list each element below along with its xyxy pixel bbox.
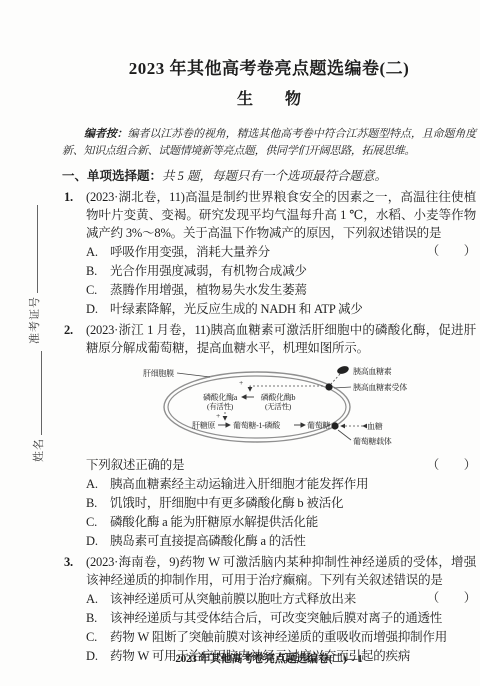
option-letter: C. <box>86 513 110 531</box>
receptor-dot <box>325 383 332 390</box>
glucagon-mechanism-diagram: 肝细胞膜 胰高血糖素 胰高血糖素受体 + 磷酸化酶a (有活性) <box>138 360 468 454</box>
option-letter: B. <box>86 494 110 512</box>
question-2-option-a: A.胰高血糖素经主动运输进入肝细胞才能发挥作用 <box>86 475 476 493</box>
enzyme-b-label: 磷酸化酶b <box>261 392 296 402</box>
option-letter: A. <box>86 475 110 493</box>
option-text: 药物 W 阻断了突触前膜对该神经递质的重吸收而增强抑制作用 <box>110 630 447 644</box>
glucose-carrier-dot <box>331 422 338 429</box>
editor-note: 编者按：编者以江苏卷的视角，精选其他高考卷中符合江苏题型特点，且命题角度新、知识… <box>62 126 476 159</box>
option-text: 饥饿时，肝细胞中有更多磷酸化酶 b 被活化 <box>110 496 343 510</box>
question-1-answer-bracket: （ ） <box>427 242 476 260</box>
glucose-label: 葡萄糖 <box>307 420 330 430</box>
option-letter: A. <box>86 590 110 608</box>
question-2-number: 2. <box>64 321 73 339</box>
question-3-option-b: B.该神经递质与其受体结合后，可改变突触后膜对离子的通透性 <box>86 609 476 627</box>
enzyme-b-state: (无活性) <box>265 401 292 411</box>
section-instruction: 共 5 题，每题只有一个选项最符合题意。 <box>162 169 387 183</box>
question-2-answer-bracket: （ ） <box>427 456 476 474</box>
carrier-leader-line <box>338 430 351 440</box>
option-letter: D. <box>86 532 110 550</box>
exam-page: 准考证号 姓名 2023 年其他高考卷亮点题选编卷(二) 生 物 编者按：编者以… <box>0 0 480 686</box>
receptor-leader-line <box>334 387 351 388</box>
signal-path-arrow <box>250 386 323 391</box>
option-letter: B. <box>86 609 110 627</box>
page-content: 2023 年其他高考卷亮点题选编卷(二) 生 物 编者按：编者以江苏卷的视角，精… <box>62 0 476 665</box>
diagram-canvas: 肝细胞膜 胰高血糖素 胰高血糖素受体 + 磷酸化酶a (有活性) <box>138 360 468 454</box>
question-2-stem: (2023·浙江 1 月卷，11)胰高血糖素可激活肝细胞中的磷酸化酶，促进肝糖原… <box>86 321 476 357</box>
enzyme-a-label: 磷酸化酶a <box>203 392 238 402</box>
glycogen-label: 肝糖原 <box>192 420 215 430</box>
question-2-option-b: B.饥饿时，肝细胞中有更多磷酸化酶 b 被活化 <box>86 494 476 512</box>
option-text: 光合作用强度减弱，有机物合成减少 <box>110 264 307 278</box>
question-2-option-c: C.磷酸化酶 a 能为肝糖原水解提供活化能 <box>86 513 476 531</box>
question-3-number: 3. <box>64 553 73 571</box>
question-2-stem2-text: 下列叙述正确的是 <box>86 458 184 472</box>
option-text: 胰岛素可直接提高磷酸化酶 a 的活性 <box>110 534 306 548</box>
plus-sign-2: + <box>216 411 220 420</box>
question-1-number: 1. <box>64 188 73 206</box>
option-text: 磷酸化酶 a 能为肝糖原水解提供活化能 <box>110 515 318 529</box>
question-3-stem: (2023·海南卷，9)药物 W 可激活脑内某种抑制性神经递质的受体，增强该神经… <box>86 553 476 589</box>
page-footer: 2023 年其他高考卷亮点题选编卷(二)—1 <box>62 650 476 666</box>
option-letter: C. <box>86 281 110 299</box>
name-label: 姓名 <box>33 438 45 462</box>
section-title: 一、单项选择题： <box>62 169 162 183</box>
question-1-stem-text: (2023·湖北卷，11)高温是制约世界粮食安全的因素之一，高温往往使植物叶片变… <box>86 190 476 240</box>
question-1-option-c: C.蒸腾作用增强，植物易失水发生萎蔫 <box>86 281 476 299</box>
editor-note-label: 编者按： <box>84 128 128 140</box>
question-2-stem-2: 下列叙述正确的是 （ ） <box>86 456 476 474</box>
option-text: 该神经递质与其受体结合后，可改变突触后膜对离子的通透性 <box>110 611 442 625</box>
question-1-option-b: B.光合作用强度减弱，有机物合成减少 <box>86 262 476 280</box>
section-heading: 一、单项选择题：共 5 题，每题只有一个选项最符合题意。 <box>62 167 476 185</box>
question-2-stem-text: (2023·浙江 1 月卷，11)胰高血糖素可激活肝细胞中的磷酸化酶，促进肝糖原… <box>86 323 476 355</box>
membrane-leader-line <box>177 373 210 377</box>
plus-sign-1: + <box>239 378 243 387</box>
question-2-option-d: D.胰岛素可直接提高磷酸化酶 a 的活性 <box>86 532 476 550</box>
question-3: 3. (2023·海南卷，9)药物 W 可激活脑内某种抑制性神经递质的受体，增强… <box>62 553 476 665</box>
question-1: 1. (2023·湖北卷，11)高温是制约世界粮食安全的因素之一，高温往往使植物… <box>62 188 476 318</box>
question-1-option-d: D.叶绿素降解，光反应生成的 NADH 和 ATP 减少 <box>86 300 476 318</box>
option-letter: D. <box>86 300 110 318</box>
cell-membrane-outer <box>164 372 350 442</box>
question-1-stem: (2023·湖北卷，11)高温是制约世界粮食安全的因素之一，高温往往使植物叶片变… <box>86 188 476 242</box>
seal-field-name: 姓名 <box>30 351 46 462</box>
enzyme-a-state: (有活性) <box>207 401 234 411</box>
question-3-stem-text: (2023·海南卷，9)药物 W 可激活脑内某种抑制性神经递质的受体，增强该神经… <box>86 555 476 587</box>
option-text: 呼吸作用变强，消耗大量养分 <box>110 245 270 259</box>
option-text: 蒸腾作用增强，植物易失水发生萎蔫 <box>110 283 307 297</box>
question-2: 2. (2023·浙江 1 月卷，11)胰高血糖素可激活肝细胞中的磷酸化酶，促进… <box>62 321 476 550</box>
option-letter: B. <box>86 262 110 280</box>
question-3-option-a: A.该神经递质可从突触前膜以胞吐方式释放出来 <box>86 590 476 608</box>
question-3-option-c: C.药物 W 阻断了突触前膜对该神经递质的重吸收而增强抑制作用 <box>86 628 476 646</box>
glucagon-icon <box>336 365 350 376</box>
option-text: 叶绿素降解，光反应生成的 NADH 和 ATP 减少 <box>110 302 363 316</box>
name-blank <box>31 351 42 435</box>
g1p-label: 葡萄糖-1-磷酸 <box>233 420 281 430</box>
option-letter: A. <box>86 243 110 261</box>
option-text: 胰高血糖素经主动运输进入肝细胞才能发挥作用 <box>110 477 368 491</box>
option-text: 该神经递质可从突触前膜以胞吐方式释放出来 <box>110 592 356 606</box>
question-1-option-a: A.呼吸作用变强，消耗大量养分 <box>86 243 476 261</box>
receptor-label: 胰高血糖素受体 <box>353 382 407 392</box>
page-title: 2023 年其他高考卷亮点题选编卷(二) <box>62 54 476 79</box>
option-letter: C. <box>86 628 110 646</box>
glucagon-label: 胰高血糖素 <box>353 366 392 376</box>
subject-title: 生 物 <box>62 86 476 109</box>
exam-number-blank <box>27 205 38 293</box>
blood-glucose-label: 血糖 <box>367 421 383 431</box>
exam-number-label: 准考证号 <box>29 296 41 344</box>
seal-field-exam-number: 准考证号 <box>26 205 42 344</box>
carrier-label: 葡萄糖载体 <box>353 436 392 446</box>
glucagon-binding-line <box>331 374 340 384</box>
membrane-label: 肝细胞膜 <box>143 368 174 378</box>
question-3-answer-bracket: （ ） <box>427 589 476 607</box>
